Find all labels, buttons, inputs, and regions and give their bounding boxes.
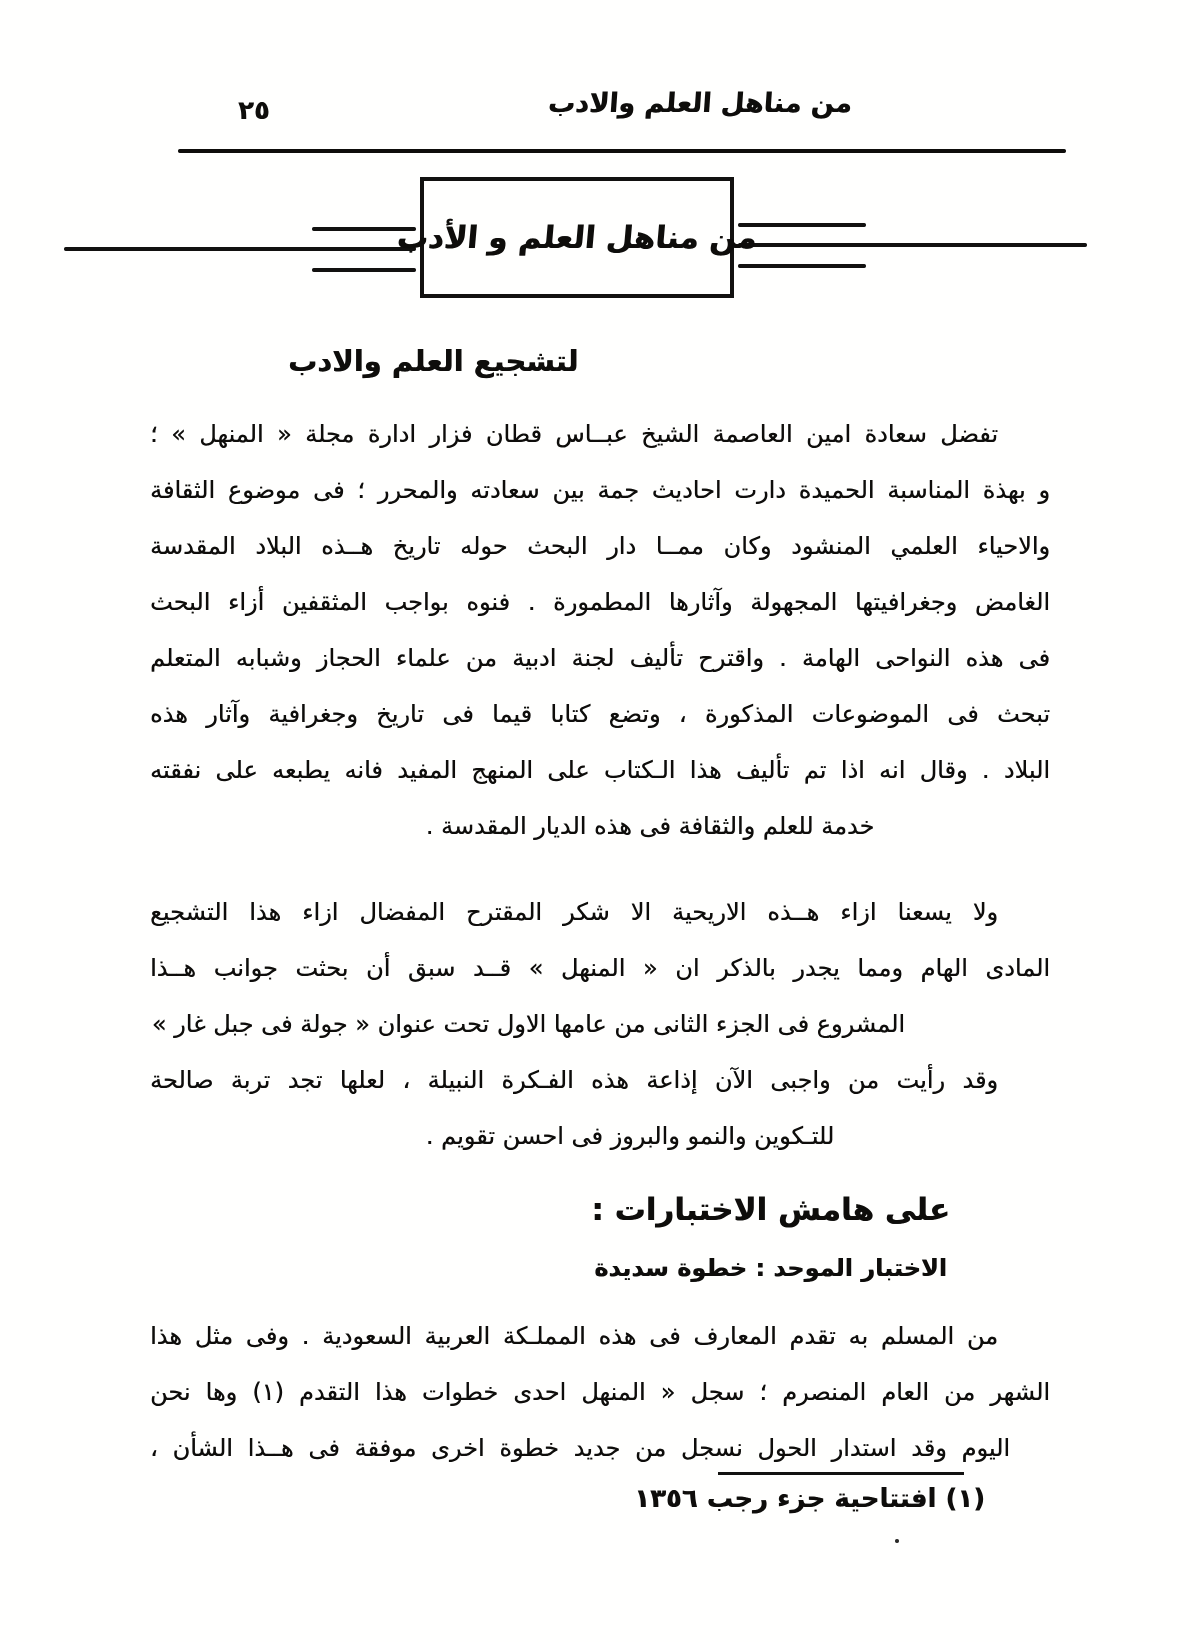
text-line: المشروع فى الجزء الثانى من عامها الاول ت… bbox=[150, 998, 1050, 1054]
decorative-line bbox=[738, 243, 1087, 247]
masthead-title: من مناهل العلم و الأدب bbox=[396, 220, 759, 256]
text-line: للتـكوين والنمو والبروز فى احسن تقويم . bbox=[150, 1110, 1050, 1166]
paragraph-4: من المسلم به تقدم المعارف فى هذه المملـك… bbox=[150, 1310, 1050, 1478]
ink-speck bbox=[895, 1539, 899, 1543]
decorative-line bbox=[312, 268, 416, 272]
paragraph-1: تفضل سعادة امين العاصمة الشيخ عبــاس قطا… bbox=[150, 408, 1050, 856]
subheading-unified-test: الاختبار الموحد : خطوة سديدة bbox=[594, 1254, 947, 1282]
decorative-line bbox=[64, 247, 416, 251]
text-line: خدمة للعلم والثقافة فى هذه الديار المقدس… bbox=[150, 800, 1050, 856]
text-line: الغامض وجغرافيتها المجهولة وآثارها المطم… bbox=[150, 576, 1050, 632]
text-line: ولا يسعنا ازاء هــذه الاريحية الا شكر ال… bbox=[150, 886, 1050, 942]
text-line: تفضل سعادة امين العاصمة الشيخ عبــاس قطا… bbox=[150, 408, 1050, 464]
section-heading-encourage-science: لتشجيع العلم والادب bbox=[288, 344, 578, 378]
text-line: و بهذة المناسبة الحميدة دارت احاديث جمة … bbox=[150, 464, 1050, 520]
running-title: من مناهل العلم والادب bbox=[479, 88, 921, 119]
footnote-separator bbox=[718, 1472, 964, 1475]
scanned-book-page: ٢٥ من مناهل العلم والادب من مناهل العلم … bbox=[0, 0, 1200, 1642]
paragraph-2: ولا يسعنا ازاء هــذه الاريحية الا شكر ال… bbox=[150, 886, 1050, 1054]
text-line: اليوم وقد استدار الحول نسجل من جديد خطوة… bbox=[150, 1422, 1050, 1478]
header-rule bbox=[178, 149, 1066, 153]
text-line: تبحث فى الموضوعات المذكورة ، وتضع كتابا … bbox=[150, 688, 1050, 744]
text-line: البلاد . وقال انه اذا تم تأليف هذا الـكت… bbox=[150, 744, 1050, 800]
text-line: والاحياء العلمي المنشود وكان ممــا دار ا… bbox=[150, 520, 1050, 576]
section-heading-margin-of-tests: على هامش الاختبارات : bbox=[591, 1192, 950, 1228]
page-number: ٢٥ bbox=[238, 96, 270, 126]
text-line: من المسلم به تقدم المعارف فى هذه المملـك… bbox=[150, 1310, 1050, 1366]
masthead-box: من مناهل العلم و الأدب bbox=[420, 177, 734, 298]
text-line: فى هذه النواحى الهامة . واقترح تأليف لجن… bbox=[150, 632, 1050, 688]
text-line: وقد رأيت من واجبى الآن إذاعة هذه الفـكرة… bbox=[150, 1054, 1050, 1110]
decorative-line bbox=[738, 264, 866, 268]
footnote-text: (١) افتتاحية جزء رجب ١٣٥٦ bbox=[634, 1484, 985, 1514]
paragraph-3: وقد رأيت من واجبى الآن إذاعة هذه الفـكرة… bbox=[150, 1054, 1050, 1166]
text-line: الشهر من العام المنصرم ؛ سجل « المنهل اح… bbox=[150, 1366, 1050, 1422]
text-line: المادى الهام ومما يجدر بالذكر ان « المنه… bbox=[150, 942, 1050, 998]
